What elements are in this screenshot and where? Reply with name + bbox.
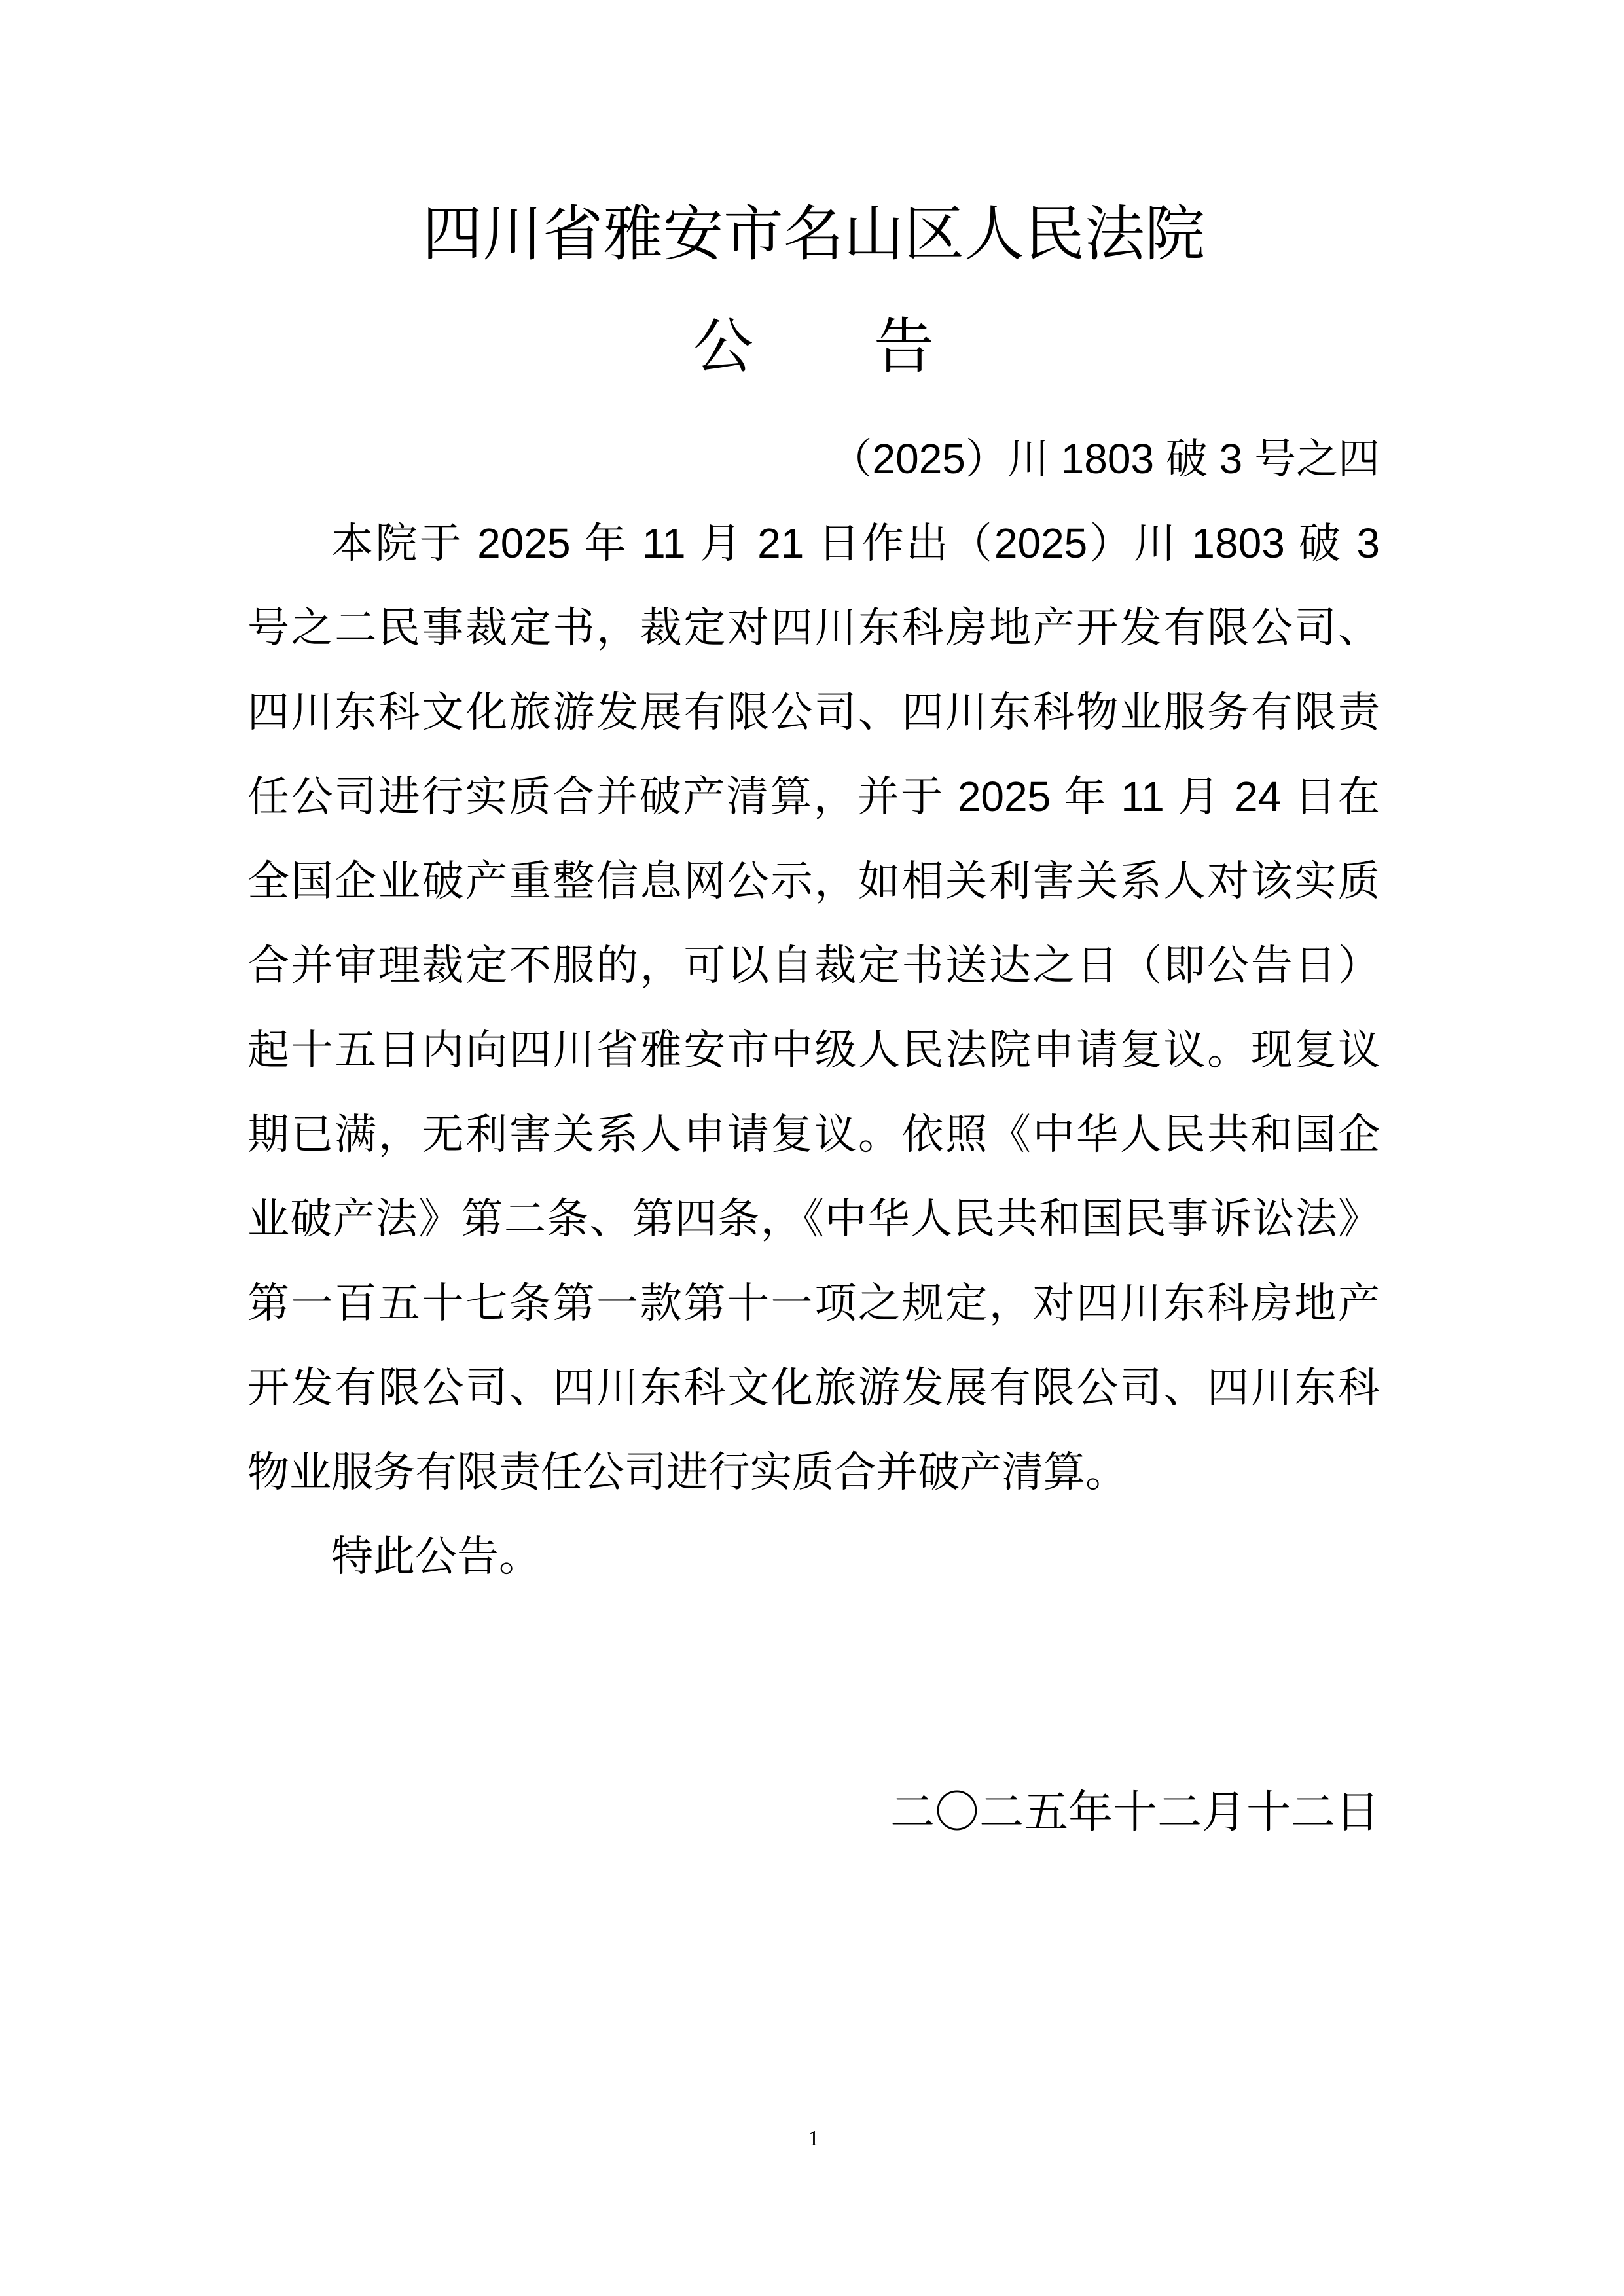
body-line: 业破产法》第二条、第四条，《中华人民共和国民事诉讼法》 [247,1177,1380,1261]
court-name-title: 四川省雅安市名山区人民法院 [247,204,1380,264]
body-line: 起十五日内向四川省雅安市中级人民法院申请复议。现复议 [247,1008,1380,1092]
body-line: 物业服务有限责任公司进行实质合并破产清算。 [247,1430,1380,1515]
document-content: 四川省雅安市名山区人民法院 公 告 （2025）川 1803 破 3 号之四 本… [247,0,1380,2296]
body-line: 开发有限公司、四川东科文化旅游发展有限公司、四川东科 [247,1346,1380,1430]
closing-line: 特此公告。 [247,1515,1380,1599]
document-date: 二〇二五年十二月十二日 [247,1770,1380,1855]
doc-type-title: 公 告 [247,317,1380,377]
body-line: 本院于 2025 年 11 月 21 日作出（2025）川 1803 破 3 [247,501,1380,586]
document-page: 四川省雅安市名山区人民法院 公 告 （2025）川 1803 破 3 号之四 本… [0,0,1624,2296]
body-line: 期已满，无利害关系人申请复议。依照《中华人民共和国企 [247,1092,1380,1177]
body-line: 全国企业破产重整信息网公示，如相关利害关系人对该实质 [247,839,1380,924]
body-line: 号之二民事裁定书，裁定对四川东科房地产开发有限公司、 [247,586,1380,670]
body-line: 合并审理裁定不服的，可以自裁定书送达之日（即公告日） [247,924,1380,1008]
body-line: 任公司进行实质合并破产清算，并于 2025 年 11 月 24 日在 [247,755,1380,839]
body-line: 第一百五十七条第一款第十一项之规定，对四川东科房地产 [247,1261,1380,1346]
case-number: （2025）川 1803 破 3 号之四 [247,417,1380,501]
body-line: 四川东科文化旅游发展有限公司、四川东科物业服务有限责 [247,670,1380,755]
announcement-body: 本院于 2025 年 11 月 21 日作出（2025）川 1803 破 3 号… [247,501,1380,1599]
page-number: 1 [247,2126,1380,2152]
